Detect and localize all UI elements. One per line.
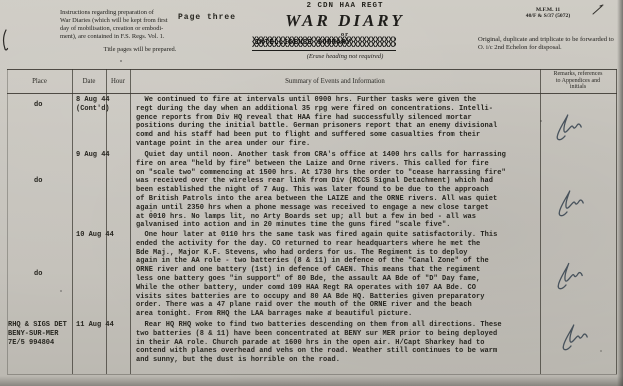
summary-text: Quiet day until noon. Another task from … — [136, 151, 540, 230]
form-title: WAR DIARY — [230, 11, 460, 31]
place-value: do — [34, 101, 42, 109]
date-value: 9 Aug 44 — [76, 151, 110, 160]
page-number-label: Page three — [178, 13, 236, 22]
form-reference: M.F.M. 11 40/F & S/37 (5072) — [503, 7, 593, 19]
signature-initials-icon — [556, 322, 602, 354]
summary-text: We continued to fire at intervals until … — [136, 96, 540, 149]
struck-heading-block: INTELLIGENCE SUMMARY XXXXXXXXXXXXXXXXXXX… — [252, 38, 396, 51]
column-header-remarks: Remarks, references to Appendices and in… — [540, 71, 616, 91]
table-column-divider — [130, 69, 131, 374]
column-header-date: Date — [72, 78, 106, 85]
scan-edge-shadow — [0, 376, 623, 386]
column-header-hour: Hour — [106, 78, 130, 85]
scan-edge-shadow — [617, 0, 623, 386]
column-header-summary: Summary of Events and Information — [130, 78, 540, 85]
place-value: do — [34, 177, 42, 185]
form-reference-line2: 40/F & S/37 (5072) — [503, 13, 593, 19]
signature-initials-icon — [551, 260, 597, 294]
war-diary-page: Instructions regarding preparation of Wa… — [0, 0, 623, 386]
pen-mark-icon — [1, 28, 11, 52]
place-value: RHQ & SIGS DET BENY-SUR-MER 7E/5 994804 — [8, 321, 67, 347]
column-header-place: Place — [7, 78, 72, 85]
title-pages-note: Title pages will be prepared. — [60, 46, 220, 53]
unit-title: 2 CDN HAA REGT — [250, 2, 440, 10]
summary-text: One hour later at 0110 hrs the same task… — [136, 231, 540, 319]
table-column-divider — [540, 69, 541, 374]
date-value: 10 Aug 44 — [76, 231, 114, 240]
page-bottom-edge — [7, 374, 617, 375]
scan-speckles — [120, 60, 122, 62]
date-value: 11 Aug 44 — [76, 321, 114, 330]
summary-text: Rear HQ RHQ woke to find two batteries d… — [136, 321, 540, 365]
strikeout-overtype-row: XXXXXXXXXXXXXXXXXXXXXXXXXXXXXXXXXXXXXX — [252, 41, 396, 50]
erase-heading-note: (Erase heading not required) — [240, 53, 450, 60]
pen-tick-icon — [591, 4, 605, 16]
date-value: 8 Aug 44 (Cont'd) — [76, 96, 110, 114]
table-header-rule — [7, 93, 617, 94]
place-value: do — [34, 270, 42, 278]
signature-initials-icon — [552, 188, 598, 220]
disposal-note: Original, duplicate and triplicate to be… — [478, 36, 618, 52]
table-column-divider — [72, 69, 73, 374]
table-top-rule — [7, 69, 617, 70]
signature-initials-icon — [550, 112, 596, 144]
